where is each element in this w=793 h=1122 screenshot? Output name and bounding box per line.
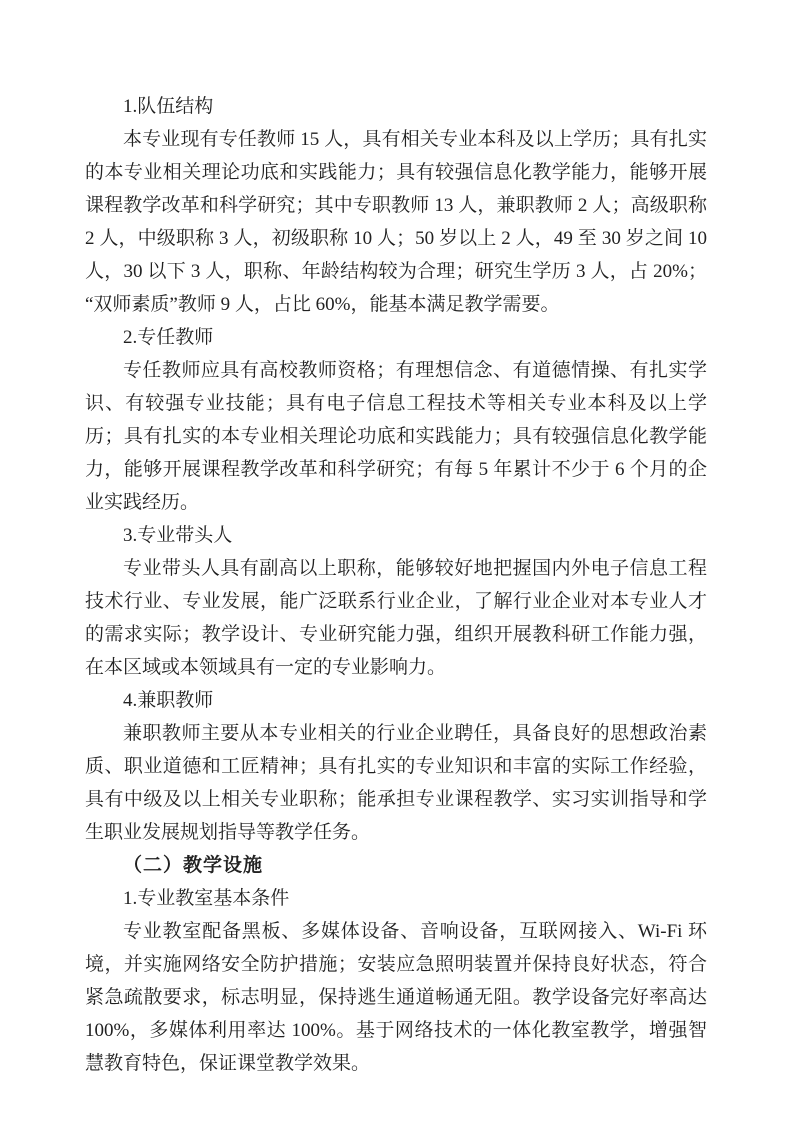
heading-teaching-facilities: （二）教学设施: [85, 849, 707, 882]
paragraph-classroom-conditions: 专业教室配备黑板、多媒体设备、音响设备，互联网接入、Wi-Fi 环境，并实施网络…: [85, 915, 707, 1080]
paragraph-team-structure: 本专业现有专任教师 15 人，具有相关专业本科及以上学历；具有扎实的本专业相关理…: [85, 123, 707, 321]
heading-program-leader: 3.专业带头人: [85, 519, 707, 552]
heading-parttime-teachers: 4.兼职教师: [85, 684, 707, 717]
paragraph-fulltime-teachers: 专任教师应具有高校教师资格；有理想信念、有道德情操、有扎实学识、有较强专业技能；…: [85, 354, 707, 519]
heading-classroom-conditions: 1.专业教室基本条件: [85, 882, 707, 915]
document-page: 1.队伍结构 本专业现有专任教师 15 人，具有相关专业本科及以上学历；具有扎实…: [0, 0, 793, 1122]
paragraph-program-leader: 专业带头人具有副高以上职称，能够较好地把握国内外电子信息工程技术行业、专业发展，…: [85, 552, 707, 684]
heading-fulltime-teachers: 2.专任教师: [85, 321, 707, 354]
paragraph-parttime-teachers: 兼职教师主要从本专业相关的行业企业聘任，具备良好的思想政治素质、职业道德和工匠精…: [85, 717, 707, 849]
heading-team-structure: 1.队伍结构: [85, 90, 707, 123]
